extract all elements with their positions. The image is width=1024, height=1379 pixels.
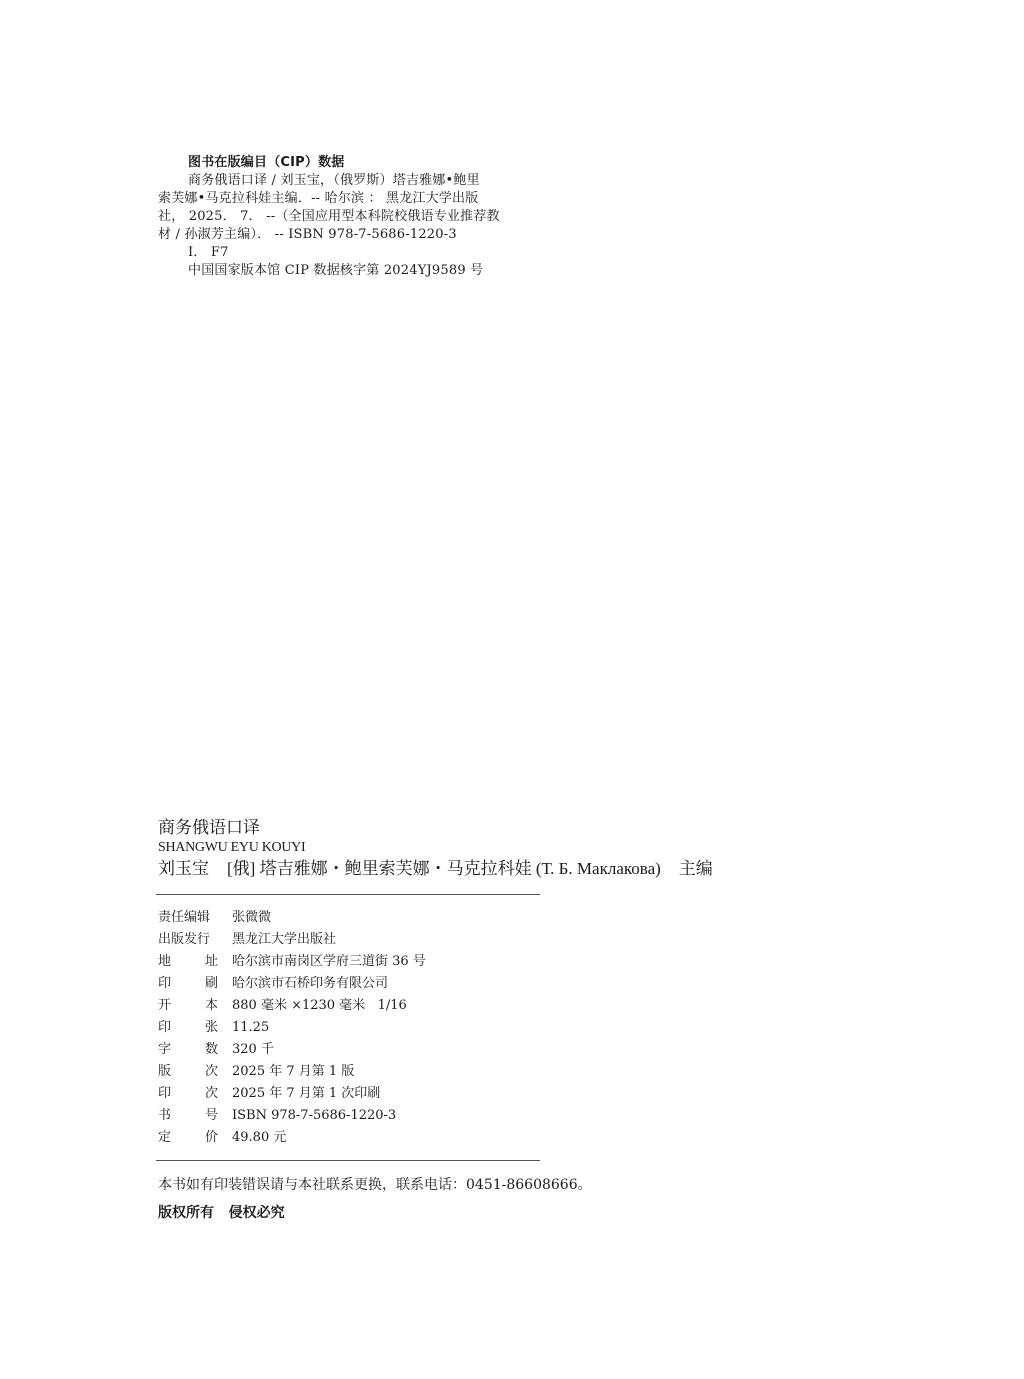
detail-value: 2025 年 7 月第 1 版 — [232, 1061, 354, 1083]
detail-label: 字数 — [158, 1039, 232, 1061]
detail-label: 地址 — [158, 951, 232, 973]
detail-label: 版次 — [158, 1061, 232, 1083]
detail-row-isbn: 书号 ISBN 978-7-5686-1220-3 — [158, 1105, 426, 1127]
detail-value: 哈尔滨市南岗区学府三道街 36 号 — [232, 951, 426, 973]
cip-data-block: 图书在版编目（CIP）数据 商务俄语口译 / 刘玉宝，（俄罗斯）塔吉雅娜•鲍里 … — [158, 154, 548, 280]
detail-value: 张微微 — [232, 907, 271, 929]
divider-bottom — [156, 1160, 540, 1161]
detail-value: 11.25 — [232, 1017, 269, 1039]
book-title-pinyin: SHANGWU EYU KOUYI — [158, 839, 713, 857]
detail-label: 书号 — [158, 1105, 232, 1127]
detail-label: 出版发行 — [158, 929, 232, 951]
cip-classification: Ⅰ． F7 — [158, 244, 548, 262]
detail-row-format: 开本 880 毫米 ×1230 毫米 1/16 — [158, 995, 426, 1017]
cip-line-2: 索芙娜•马克拉科娃主编．-- 哈尔滨 ： 黑龙江大学出版 — [158, 190, 548, 208]
editor-role: 主编 — [679, 859, 713, 878]
book-title-cn: 商务俄语口译 — [158, 817, 713, 839]
detail-row-publisher: 出版发行 黑龙江大学出版社 — [158, 929, 426, 951]
detail-value: 2025 年 7 月第 1 次印刷 — [232, 1083, 380, 1105]
detail-row-price: 定价 49.80 元 — [158, 1127, 426, 1149]
detail-label: 印次 — [158, 1083, 232, 1105]
detail-label: 定价 — [158, 1127, 232, 1149]
book-title-block: 商务俄语口译 SHANGWU EYU KOUYI 刘玉宝[俄] 塔吉雅娜・鲍里索… — [158, 817, 713, 881]
detail-label: 印刷 — [158, 973, 232, 995]
cip-line-3: 社， 2025． 7． --（全国应用型本科院校俄语专业推荐教 — [158, 208, 548, 226]
detail-value: 哈尔滨市石桥印务有限公司 — [232, 973, 388, 995]
detail-label: 开本 — [158, 995, 232, 1017]
detail-value: ISBN 978-7-5686-1220-3 — [232, 1105, 396, 1127]
copyright-notice: 版权所有 侵权必究 — [158, 1202, 285, 1224]
divider-top — [156, 894, 540, 895]
detail-row-printer: 印刷 哈尔滨市石桥印务有限公司 — [158, 973, 426, 995]
detail-row-editor: 责任编辑 张微微 — [158, 907, 426, 929]
cip-verification: 中国国家版本馆 CIP 数据核字第 2024YJ9589 号 — [158, 262, 548, 280]
cip-line-1: 商务俄语口译 / 刘玉宝，（俄罗斯）塔吉雅娜•鲍里 — [158, 172, 548, 190]
publication-details: 责任编辑 张微微 出版发行 黑龙江大学出版社 地址 哈尔滨市南岗区学府三道街 3… — [158, 907, 426, 1149]
author-1: 刘玉宝 — [158, 859, 209, 878]
detail-value: 880 毫米 ×1230 毫米 1/16 — [232, 995, 407, 1017]
cip-line-4: 材 / 孙淑芳主编）． -- ISBN 978-7-5686-1220-3 — [158, 226, 548, 244]
detail-value: 黑龙江大学出版社 — [232, 929, 336, 951]
book-authors: 刘玉宝[俄] 塔吉雅娜・鲍里索芙娜・马克拉科娃 (Т. Б. Маклакова… — [158, 857, 713, 881]
detail-row-wordcount: 字数 320 千 — [158, 1039, 426, 1061]
detail-label: 印张 — [158, 1017, 232, 1039]
detail-label: 责任编辑 — [158, 907, 232, 929]
cip-header: 图书在版编目（CIP）数据 — [158, 154, 548, 172]
author-2: [俄] 塔吉雅娜・鲍里索芙娜・马克拉科娃 (Т. Б. Маклакова) — [227, 859, 661, 878]
detail-row-printing: 印次 2025 年 7 月第 1 次印刷 — [158, 1083, 426, 1105]
replacement-notice: 本书如有印装错误请与本社联系更换，联系电话：0451-86608666。 — [158, 1174, 592, 1196]
detail-value: 49.80 元 — [232, 1127, 286, 1149]
detail-row-edition: 版次 2025 年 7 月第 1 版 — [158, 1061, 426, 1083]
detail-value: 320 千 — [232, 1039, 274, 1061]
detail-row-address: 地址 哈尔滨市南岗区学府三道街 36 号 — [158, 951, 426, 973]
detail-row-sheets: 印张 11.25 — [158, 1017, 426, 1039]
